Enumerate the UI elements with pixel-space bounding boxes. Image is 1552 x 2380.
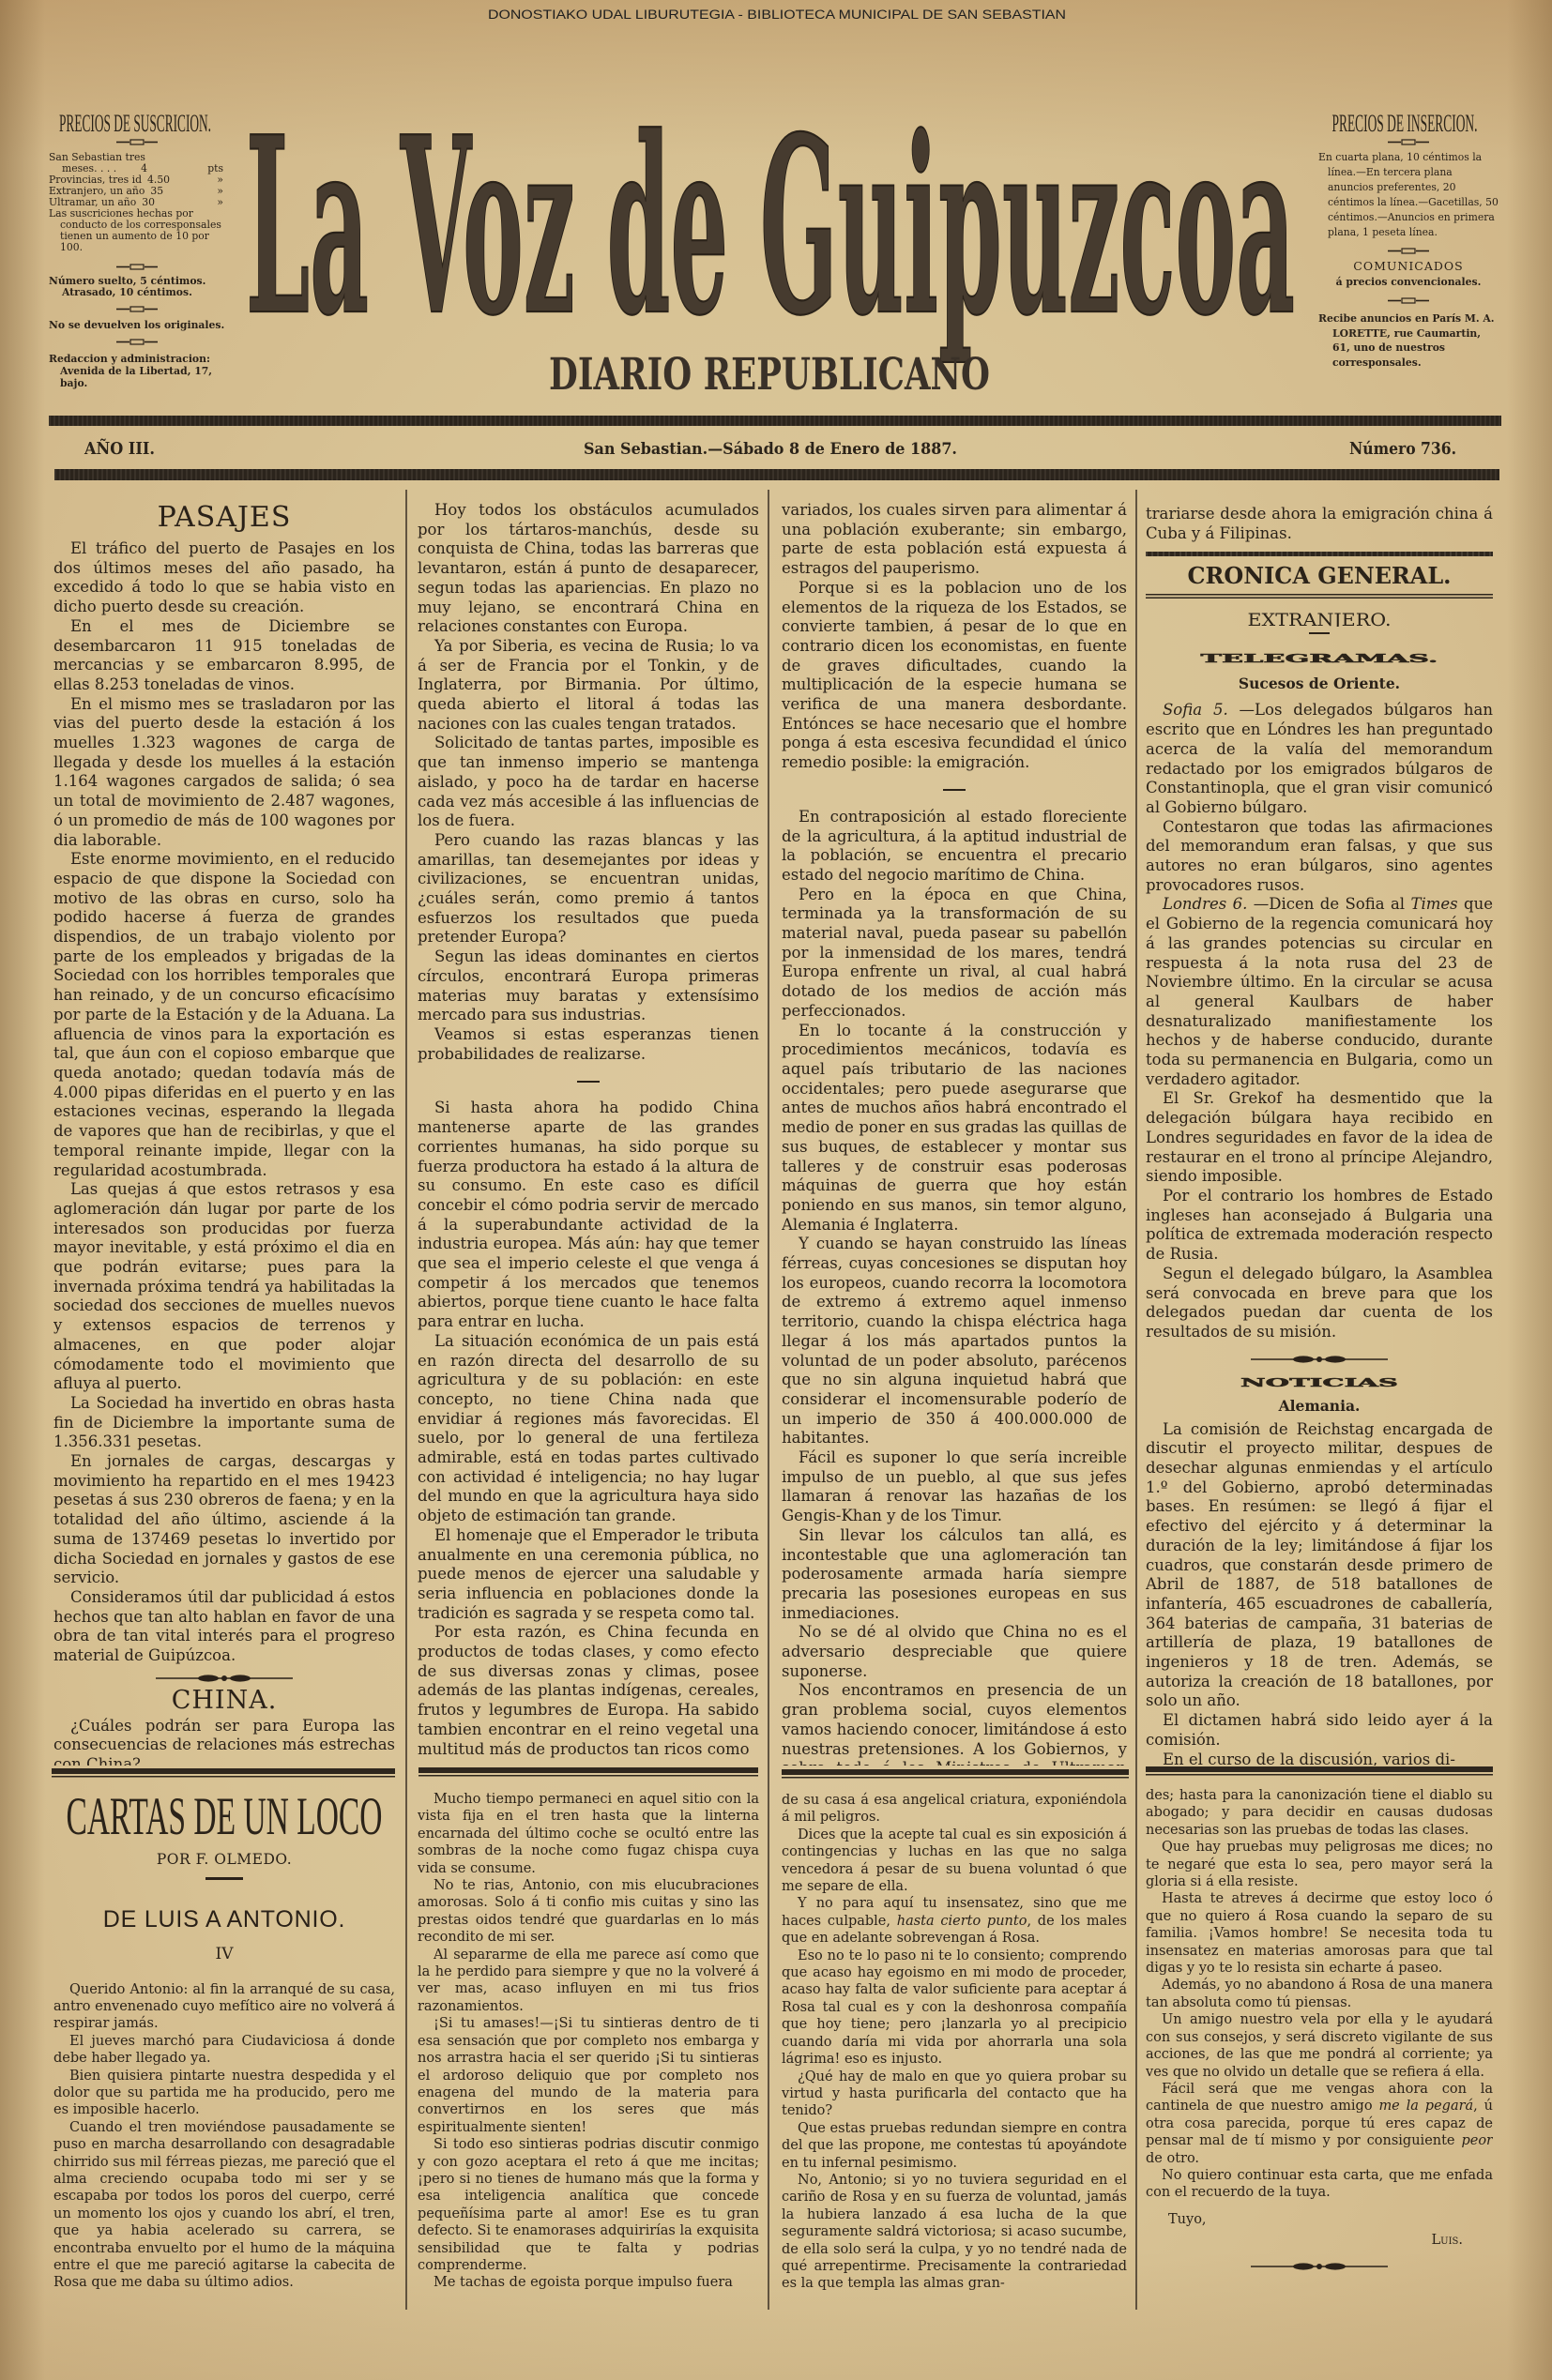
paragraph: Eso no te lo paso ni te lo consiento; co… [782, 1948, 1127, 2069]
emphasis: peor [1461, 2133, 1493, 2148]
text-run: de otro. [1146, 2151, 1199, 2166]
volume-year: AÑO III. [84, 437, 155, 459]
column-4-upper: trariarse desde ahora la emigración chin… [1146, 495, 1493, 1766]
folletin-column-1: CARTAS DE UN LOCO POR F. OLMEDO. DE LUIS… [53, 1781, 395, 2306]
paragraph: Fácil será que me vengas ahora con la ca… [1146, 2081, 1493, 2167]
article-pasajes-body: El tráfico del puerto de Pasajes en los … [53, 539, 395, 1666]
paragraph: Este enorme movimiento, en el reducido e… [53, 850, 395, 1180]
paragraph: En el mismo mes se trasladaron por las v… [53, 695, 395, 851]
telegram-dateline: Sofia 5. [1163, 701, 1228, 719]
paragraph: Que hay pruebas muy peligrosas me dices;… [1146, 1839, 1493, 1890]
paragraph: Las quejas á que estos retrasos y esa ag… [53, 1180, 395, 1394]
emphasis: me la pegará [1378, 2099, 1473, 2114]
paragraph: Dices que la acepte tal cual es sin expo… [782, 1827, 1127, 1896]
paragraph: La comisión de Reichstag encargada de di… [1146, 1420, 1493, 1712]
telegram-text: —Dicen de Sofia al [1247, 895, 1410, 913]
folletin-column-3: de su casa á esa angelical criatura, exp… [782, 1792, 1127, 2307]
dateline: AÑO III. San Sebastian.—Sábado 8 de Ener… [0, 432, 1552, 465]
folletin-title: CARTAS DE UN LOCO [53, 1781, 395, 1841]
paragraph: Hoy todos los obstáculos acumulados por … [418, 501, 759, 637]
masthead-subtitle: DIARIO REPUBLICANO [549, 349, 990, 401]
paragraph-continued: des; hasta para la canonización tiene el… [1146, 1787, 1493, 1839]
telegram-item: Contestaron que todas las afirmaciones d… [1146, 818, 1493, 896]
news-country: Alemania. [1146, 1396, 1493, 1417]
news-body: La comisión de Reichstag encargada de di… [1146, 1420, 1493, 1766]
folletin-byline: POR F. OLMEDO. [53, 1850, 395, 1869]
folletin-body: Querido Antonio: al fin la arranqué de s… [53, 1981, 395, 2292]
folletin-column-4: des; hasta para la canonización tiene el… [1146, 1787, 1493, 2308]
paragraph: Mucho tiempo permaneci en aquel sitio co… [418, 1791, 759, 1877]
masthead-rule-bottom [54, 469, 1499, 480]
paragraph: Además, yo no abandono á Rosa de una man… [1146, 1977, 1493, 2011]
paragraph: Fácil es suponer lo que sería increible … [782, 1448, 1127, 1526]
masthead: La Voz de Guipuzcoa DIARIO REPUBLICANO [0, 0, 1552, 413]
paragraph: Querido Antonio: al fin la arranqué de s… [53, 1981, 395, 2033]
dash-icon [943, 789, 966, 791]
paragraph: El tráfico del puerto de Pasajes en los … [53, 539, 395, 617]
paragraph: Si todo eso sintieras podrias discutir c… [418, 2136, 759, 2274]
emphasis: hasta cierto punto [897, 1914, 1027, 1929]
folletin-title-text: CARTAS DE UN LOCO [67, 1787, 383, 1841]
paragraph: Veamos si estas esperanzas tienen probab… [418, 1025, 759, 1064]
dash-icon [1309, 632, 1330, 634]
paragraph: En jornales de cargas, descargas y movim… [53, 1452, 395, 1588]
paragraph: No se dé al olvido que China no es el ad… [782, 1623, 1127, 1681]
paragraph: Sin llevar los cálculos tan allá, es inc… [782, 1526, 1127, 1624]
telegrams-list: Sofia 5. —Los delegados búlgaros han esc… [1146, 701, 1493, 1342]
paragraph: No te rias, Antonio, con mis elucubracio… [418, 1877, 759, 1947]
ornament-rule-icon [1249, 1354, 1390, 1365]
paragraph: En lo tocante á la construcción y proced… [782, 1022, 1127, 1235]
telegram-item: Segun el delegado búlgaro, la Asamblea s… [1146, 1265, 1493, 1342]
paragraph: ¡Si tu amases!—¡Si tu sintieras dentro d… [418, 2015, 759, 2136]
news-title: NOTICIAS [1146, 1369, 1493, 1393]
paragraph: Por esta razón, es China fecunda en prod… [418, 1623, 759, 1759]
telegram-text: que el Gobierno de la regencia comunicar… [1146, 895, 1493, 1087]
letter-title: DE LUIS A ANTONIO. [53, 1907, 395, 1932]
section-extranjero-text: EXTRANJERO. [1248, 610, 1392, 627]
cronica-title: CRONICA GENERAL. [1146, 556, 1493, 588]
paragraph: Y cuando se hayan construido las líneas … [782, 1235, 1127, 1448]
article-title-pasajes: PASAJES [53, 501, 395, 535]
cronica-title-text: CRONICA GENERAL. [1188, 562, 1452, 588]
paragraph: Y no para aquí tu insensatez, sino que m… [782, 1895, 1127, 1947]
dash-icon [577, 1081, 600, 1083]
section-separator [418, 1064, 759, 1099]
newspaper-page: DONOSTIAKO UDAL LIBURUTEGIA - BIBLIOTECA… [0, 0, 1552, 2380]
telegram-dateline: Londres 6. [1163, 895, 1247, 913]
paragraph: En el mes de Diciembre se desembarcaron … [53, 617, 395, 695]
short-rule [205, 1877, 243, 1880]
news-title-text: NOTICIAS [1240, 1375, 1398, 1389]
letter-closing: Tuyo, [1146, 2211, 1493, 2228]
paragraph: ¿Qué hay de malo en que yo quiera probar… [782, 2069, 1127, 2120]
paragraph: Ya por Siberia, es vecina de Rusia; lo v… [418, 637, 759, 735]
article-title-china: CHINA. [53, 1687, 395, 1715]
paragraph: El homenaje que el Emperador le tributa … [418, 1526, 759, 1624]
folletin-rule [782, 1769, 1129, 1779]
paragraph: Porque si es la poblacion uno de los ele… [782, 579, 1127, 773]
paragraph: Un amigo nuestro vela por ella y le ayud… [1146, 2011, 1493, 2081]
column-1-upper: PASAJES El tráfico del puerto de Pasajes… [53, 495, 395, 1766]
telegrams-title-text: TELEGRAMAS. [1201, 651, 1438, 665]
paragraph-continued: de su casa á esa angelical criatura, exp… [782, 1792, 1127, 1827]
masthead-rule-top [49, 416, 1501, 426]
paragraph-continued: trariarse desde ahora la emigración chin… [1146, 505, 1493, 543]
telegram-item: Por el contrario los hombres de Estado i… [1146, 1187, 1493, 1265]
column-rule [405, 490, 407, 2310]
paragraph: En el curso de la discusión, varios di- [1146, 1751, 1493, 1766]
paragraph: Bien quisiera pintarte nuestra despedida… [53, 2068, 395, 2119]
paragraph: El jueves marchó para Ciudaviciosa á don… [53, 2033, 395, 2068]
folletin-column-2: Mucho tiempo permaneci en aquel sitio co… [418, 1791, 759, 2307]
section-extranjero: EXTRANJERO. [1146, 599, 1493, 627]
paragraph: El dictamen habrá sido leido ayer á la c… [1146, 1711, 1493, 1750]
paragraph: En contraposición al estado floreciente … [782, 808, 1127, 886]
paragraph: Cuando el tren moviéndose pausadamente s… [53, 2119, 395, 2292]
telegram-item: El Sr. Grekof ha desmentido que la deleg… [1146, 1089, 1493, 1187]
folletin-rule [52, 1768, 395, 1778]
telegram-item: Sofia 5. —Los delegados búlgaros han esc… [1146, 701, 1493, 817]
paragraph: Segun las ideas dominantes en ciertos cí… [418, 947, 759, 1025]
paragraph: Me tachas de egoista porque impulso fuer… [418, 2274, 759, 2291]
paragraph: Nos encontramos en presencia de un gran … [782, 1681, 1127, 1766]
telegram-item: Londres 6. —Dicen de Sofia al Times que … [1146, 895, 1493, 1089]
paragraph: Hasta te atreves á decirme que estoy loc… [1146, 1890, 1493, 1977]
paragraph: No, Antonio; si yo no tuviera seguridad … [782, 2172, 1127, 2293]
column-2-upper: Hoy todos los obstáculos acumulados por … [418, 495, 759, 1766]
telegrams-subtitle: Sucesos de Oriente. [1146, 674, 1493, 694]
section-separator [1146, 627, 1493, 640]
column-3-upper: variados, los cuales sirven para aliment… [782, 495, 1127, 1766]
telegrams-title: TELEGRAMAS. [1146, 640, 1493, 670]
article-lead: ¿Cuáles podrán ser para Europa las conse… [53, 1717, 395, 1766]
issue-number: Número 736. [1349, 439, 1456, 459]
paragraph: Consideramos útil dar publicidad á estos… [53, 1588, 395, 1666]
newspaper-name: Times [1410, 895, 1457, 913]
paragraph: Pero en la época en que China, terminada… [782, 886, 1127, 1022]
paragraph: La Sociedad ha invertido en obras hasta … [53, 1394, 395, 1452]
paragraph: Solicitado de tantas partes, imposible e… [418, 734, 759, 831]
chapter-number: IV [53, 1945, 395, 1963]
masthead-title: La Voz de Guipuzcoa [246, 85, 1295, 371]
folletin-rule [1146, 1766, 1493, 1776]
paragraph: Que estas pruebas redundan siempre en co… [782, 2120, 1127, 2172]
letter-signature: Luis. [1146, 2232, 1493, 2249]
paragraph: No quiero continuar esta carta, que me e… [1146, 2167, 1493, 2202]
place-and-date: San Sebastian.—Sábado 8 de Enero de 1887… [584, 440, 957, 459]
column-rule [1135, 490, 1137, 2310]
column-rule [768, 490, 769, 2310]
section-separator [782, 773, 1127, 808]
ornament-rule-icon [154, 1673, 295, 1684]
paragraph: Si hasta ahora ha podido China manteners… [418, 1099, 759, 1331]
paragraph: La situación económica de un pais está e… [418, 1332, 759, 1526]
paragraph: Al separarme de ella me parece así como … [418, 1947, 759, 2016]
paragraph-continued: variados, los cuales sirven para aliment… [782, 501, 1127, 579]
folletin-rule [418, 1767, 758, 1777]
ornament-rule-icon [1249, 2261, 1390, 2272]
paragraph: Pero cuando las razas blancas y las amar… [418, 831, 759, 947]
